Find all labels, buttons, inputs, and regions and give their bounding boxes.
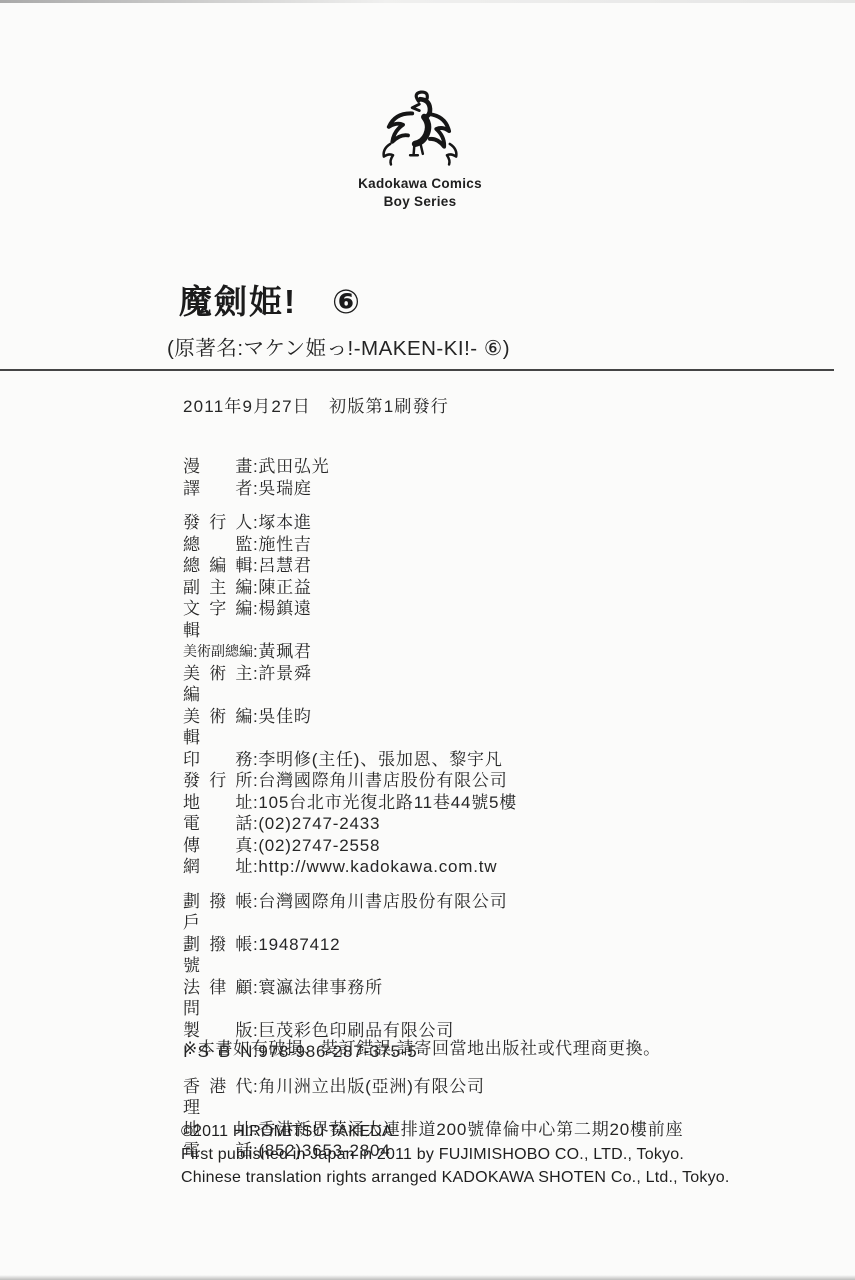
- credit-label: 印務: [183, 749, 253, 771]
- colophon-page: Kadokawa Comics Boy Series 魔劍姫! ⑥ (原著名:マ…: [0, 0, 855, 1280]
- scan-edge-top: [0, 0, 855, 3]
- credit-row: 總監:施性吉: [183, 534, 825, 556]
- credit-row: 總編輯:呂慧君: [183, 555, 825, 577]
- credit-label: 傳真: [183, 835, 253, 857]
- original-title: (原著名:マケン姫っ!-MAKEN-KI!- ⑥): [167, 331, 510, 361]
- credit-value: 陳正益: [258, 578, 311, 597]
- divider-rule: [0, 369, 834, 371]
- credit-label: 美術編輯: [183, 706, 253, 749]
- kadokawa-phoenix-icon: [377, 90, 463, 173]
- credit-block: 漫畫:武田弘光譯者:吳瑞庭: [183, 456, 825, 499]
- scan-edge-bottom: [0, 1275, 855, 1280]
- credit-row: 美術編輯:吳佳昀: [183, 706, 825, 749]
- credit-label: 劃撥帳號: [183, 934, 253, 977]
- credit-value: 19487412: [258, 935, 340, 954]
- credit-label: 地址: [183, 792, 253, 814]
- credit-label: 劃撥帳戶: [183, 891, 253, 934]
- credit-value: 李明修(主任)、張加恩、黎宇凡: [258, 750, 502, 769]
- credit-value: (02)2747-2433: [258, 814, 380, 833]
- credit-row: 網址:http://www.kadokawa.com.tw: [183, 856, 825, 878]
- credit-label: 譯者: [183, 478, 253, 500]
- credit-label: 法律顧問: [183, 977, 253, 1020]
- credit-row: 美術主編:許景舜: [183, 663, 825, 706]
- credit-value: 塚本進: [258, 513, 311, 532]
- credit-row: 美術副總編:黃珮君: [183, 641, 825, 663]
- credit-label: 美術副總編: [183, 641, 253, 663]
- credit-value: (02)2747-2558: [258, 836, 380, 855]
- credit-row: 香港代理:角川洲立出版(亞洲)有限公司: [183, 1076, 825, 1119]
- credit-label: 發行人: [183, 512, 253, 534]
- credit-value: 台灣國際角川書店股份有限公司: [258, 892, 507, 911]
- credit-label: 香港代理: [183, 1076, 253, 1119]
- publisher-mark: Kadokawa Comics Boy Series: [320, 90, 520, 211]
- credit-value: http://www.kadokawa.com.tw: [258, 857, 497, 876]
- credit-label: 文字編輯: [183, 598, 253, 641]
- copyright-block: ©2011 HIROMITSU TAKEDA First published i…: [181, 1120, 730, 1189]
- credit-block: 發行人:塚本進總監:施性吉總編輯:呂慧君副主編:陳正益文字編輯:楊鎮遠美術副總編…: [183, 512, 825, 878]
- copyright-line: ©2011 HIROMITSU TAKEDA: [181, 1120, 730, 1143]
- credit-value: 施性吉: [258, 535, 311, 554]
- credit-label: 美術主編: [183, 663, 253, 706]
- credit-value: 105台北市光復北路11巷44號5樓: [258, 793, 517, 812]
- credit-value: 寰瀛法律事務所: [258, 978, 383, 997]
- credit-row: 文字編輯:楊鎮遠: [183, 598, 825, 641]
- credit-label: 發行所: [183, 770, 253, 792]
- credit-value: 呂慧君: [258, 556, 311, 575]
- credit-row: 劃撥帳戶:台灣國際角川書店股份有限公司: [183, 891, 825, 934]
- credit-label: 網址: [183, 856, 253, 878]
- credit-value: 吳瑞庭: [258, 479, 311, 498]
- credit-row: 譯者:吳瑞庭: [183, 478, 825, 500]
- credit-value: 角川洲立出版(亞洲)有限公司: [258, 1077, 485, 1096]
- credit-label: 副主編: [183, 577, 253, 599]
- credit-row: 電話:(02)2747-2433: [183, 813, 825, 835]
- credit-value: 楊鎮遠: [258, 599, 311, 618]
- credit-value: 許景舜: [258, 664, 311, 683]
- title-block: 魔劍姫! ⑥ (原著名:マケン姫っ!-MAKEN-KI!- ⑥): [179, 276, 510, 361]
- copyright-line: First published in Japan in 2011 by FUJI…: [181, 1143, 730, 1166]
- credit-label: 漫畫: [183, 456, 253, 478]
- book-title: 魔劍姫! ⑥: [179, 276, 510, 323]
- credit-value: 台灣國際角川書店股份有限公司: [258, 771, 507, 790]
- copyright-line: Chinese translation rights arranged KADO…: [181, 1166, 730, 1189]
- credit-row: 副主編:陳正益: [183, 577, 825, 599]
- credit-row: 發行所:台灣國際角川書店股份有限公司: [183, 770, 825, 792]
- edition-line: 2011年9月27日 初版第1刷發行: [183, 392, 449, 417]
- credit-label: 總監: [183, 534, 253, 556]
- credit-label: 總編輯: [183, 555, 253, 577]
- series-name-line2: Boy Series: [320, 193, 520, 211]
- credit-row: 劃撥帳號:19487412: [183, 934, 825, 977]
- credit-value: 武田弘光: [258, 457, 329, 476]
- credit-row: 漫畫:武田弘光: [183, 456, 825, 478]
- credit-value: 吳佳昀: [258, 707, 311, 726]
- credit-row: 發行人:塚本進: [183, 512, 825, 534]
- credit-row: 印務:李明修(主任)、張加恩、黎宇凡: [183, 749, 825, 771]
- credit-row: 法律顧問:寰瀛法律事務所: [183, 977, 825, 1020]
- series-name-line1: Kadokawa Comics: [320, 175, 520, 193]
- credit-value: 黃珮君: [258, 642, 311, 661]
- credit-label: 電話: [183, 813, 253, 835]
- credit-row: 傳真:(02)2747-2558: [183, 835, 825, 857]
- damage-notice: ※本書如有破損、裝訂錯誤,請寄回當地出版社或代理商更換。: [183, 1034, 661, 1059]
- credit-row: 地址:105台北市光復北路11巷44號5樓: [183, 792, 825, 814]
